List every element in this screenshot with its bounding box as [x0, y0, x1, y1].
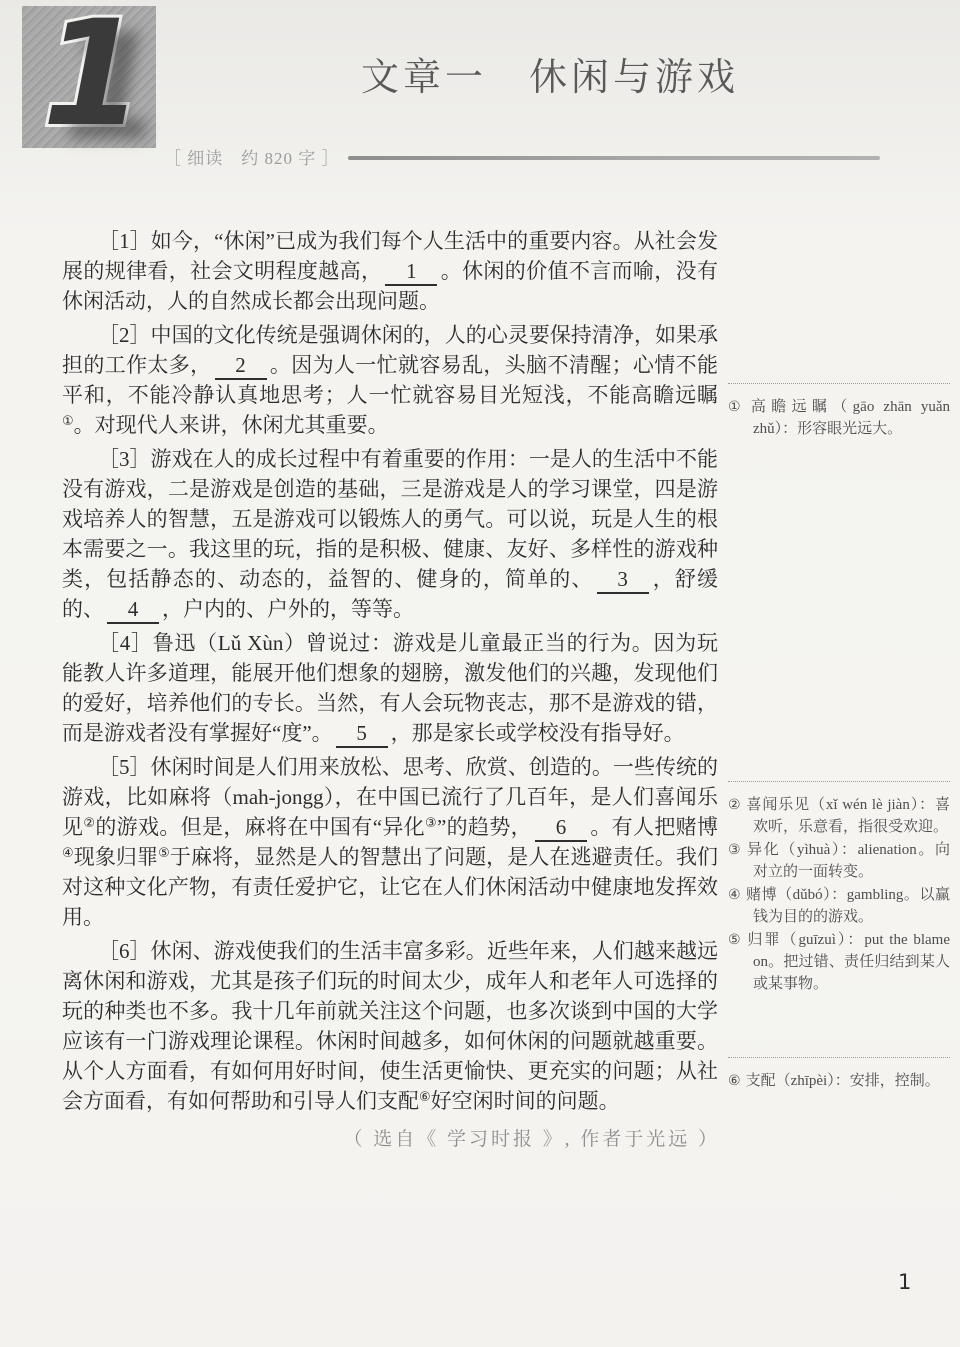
note-marker: ④: [728, 887, 741, 903]
fill-in-blank: 6: [535, 815, 587, 842]
note-text: 赌博（dǔbó）：gambling。以赢钱为目的的游戏。: [746, 887, 950, 925]
fill-in-blank: 1: [385, 259, 437, 286]
footnote-ref: ⑤: [158, 846, 170, 861]
vocab-note: ②喜闻乐见（xǐ wén lè jiàn）：喜欢听，乐意看，指很受欢迎。: [728, 794, 950, 838]
note-marker: ①: [728, 399, 746, 415]
paragraph: ［2］中国的文化传统是强调休闲的，人的心灵要保持清净，如果承担的工作太多，2。因…: [62, 320, 718, 440]
paragraph: ［4］鲁迅（Lǔ Xùn）曾说过：游戏是儿童最正当的行为。因为玩能教人许多道理，…: [62, 628, 718, 748]
reading-info-label: ［ 细读 约 820 字 ］: [164, 144, 340, 169]
note-text: 归罪（guīzuì）：put the blame on。把过错、责任归结到某人或…: [748, 932, 950, 992]
footnote-ref: ①: [62, 414, 74, 429]
text-run: 现象归罪: [74, 845, 158, 869]
vocab-note: ⑥支配（zhīpèi）：安排，控制。: [728, 1070, 950, 1092]
footnote-ref: ⑥: [419, 1090, 431, 1105]
note-group: ①高瞻远瞩（gāo zhān yuǎn zhǔ）：形容眼光远大。: [728, 383, 950, 441]
text-run: 。对现代人来讲，休闲尤其重要。: [74, 413, 389, 437]
paragraph: ［6］休闲、游戏使我们的生活丰富多彩。近些年来，人们越来越远离休闲和游戏，尤其是…: [62, 936, 718, 1116]
note-marker: ⑥: [728, 1073, 741, 1089]
footnote-ref: ④: [62, 846, 74, 861]
note-group: ②喜闻乐见（xǐ wén lè jiàn）：喜欢听，乐意看，指很受欢迎。③异化（…: [728, 781, 950, 996]
paragraph: ［5］休闲时间是人们用来放松、思考、欣赏、创造的。一些传统的游戏，比如麻将（ma…: [62, 752, 718, 932]
footnote-ref: ②: [83, 816, 95, 831]
note-marker: ⑤: [728, 932, 743, 948]
text-run: ，户内的、户外的，等等。: [162, 597, 414, 621]
text-run: 。有人把赌博: [590, 815, 718, 839]
unit-number: 1: [42, 0, 144, 164]
paragraph: ［3］游戏在人的成长过程中有着重要的作用：一是人的生活中不能没有游戏，二是游戏是…: [62, 444, 718, 624]
article-title: 文章一 休闲与游戏: [320, 46, 780, 101]
text-run: ，那是家长或学校没有指导好。: [391, 721, 685, 745]
text-run: ［6］休闲、游戏使我们的生活丰富多彩。近些年来，人们越来越远离休闲和游戏，尤其是…: [62, 939, 718, 1113]
vocab-note: ⑤归罪（guīzuì）：put the blame on。把过错、责任归结到某人…: [728, 929, 950, 995]
article-body: ［1］如今，“休闲”已成为我们每个人生活中的重要内容。从社会发展的规律看，社会文…: [62, 226, 718, 1120]
header-rule: [348, 156, 880, 160]
vocab-note: ①高瞻远瞩（gāo zhān yuǎn zhǔ）：形容眼光远大。: [728, 396, 950, 440]
vocab-note: ③异化（yìhuà）：alienation。向对立的一面转变。: [728, 839, 950, 883]
attribution-line: （ 选自《 学习时报 》, 作者于光远 ）: [62, 1124, 720, 1151]
footnote-ref: ③: [425, 816, 437, 831]
page-number: 1: [898, 1270, 911, 1294]
textbook-page: 1 文章一 休闲与游戏 ［ 细读 约 820 字 ］ ［1］如今，“休闲”已成为…: [0, 0, 960, 1347]
note-text: 喜闻乐见（xǐ wén lè jiàn）：喜欢听，乐意看，指很受欢迎。: [746, 797, 950, 835]
text-run: 好空闲时间的问题。: [431, 1089, 620, 1113]
unit-number-badge: 1: [22, 6, 156, 148]
fill-in-blank: 3: [597, 567, 649, 594]
vocab-note: ④赌博（dǔbó）：gambling。以赢钱为目的的游戏。: [728, 884, 950, 928]
note-text: 支配（zhīpèi）：安排，控制。: [746, 1073, 940, 1089]
note-marker: ③: [728, 842, 742, 858]
fill-in-blank: 4: [107, 597, 159, 624]
note-marker: ②: [728, 797, 741, 813]
text-run: ”的趋势，: [437, 815, 532, 839]
fill-in-blank: 5: [336, 721, 388, 748]
note-text: 异化（yìhuà）：alienation。向对立的一面转变。: [747, 842, 950, 880]
paragraph: ［1］如今，“休闲”已成为我们每个人生活中的重要内容。从社会发展的规律看，社会文…: [62, 226, 718, 316]
note-group: ⑥支配（zhīpèi）：安排，控制。: [728, 1057, 950, 1093]
note-text: 高瞻远瞩（gāo zhān yuǎn zhǔ）：形容眼光远大。: [751, 399, 950, 437]
fill-in-blank: 2: [215, 353, 267, 380]
text-run: 的游戏。但是，麻将在中国有“异化: [95, 815, 425, 839]
